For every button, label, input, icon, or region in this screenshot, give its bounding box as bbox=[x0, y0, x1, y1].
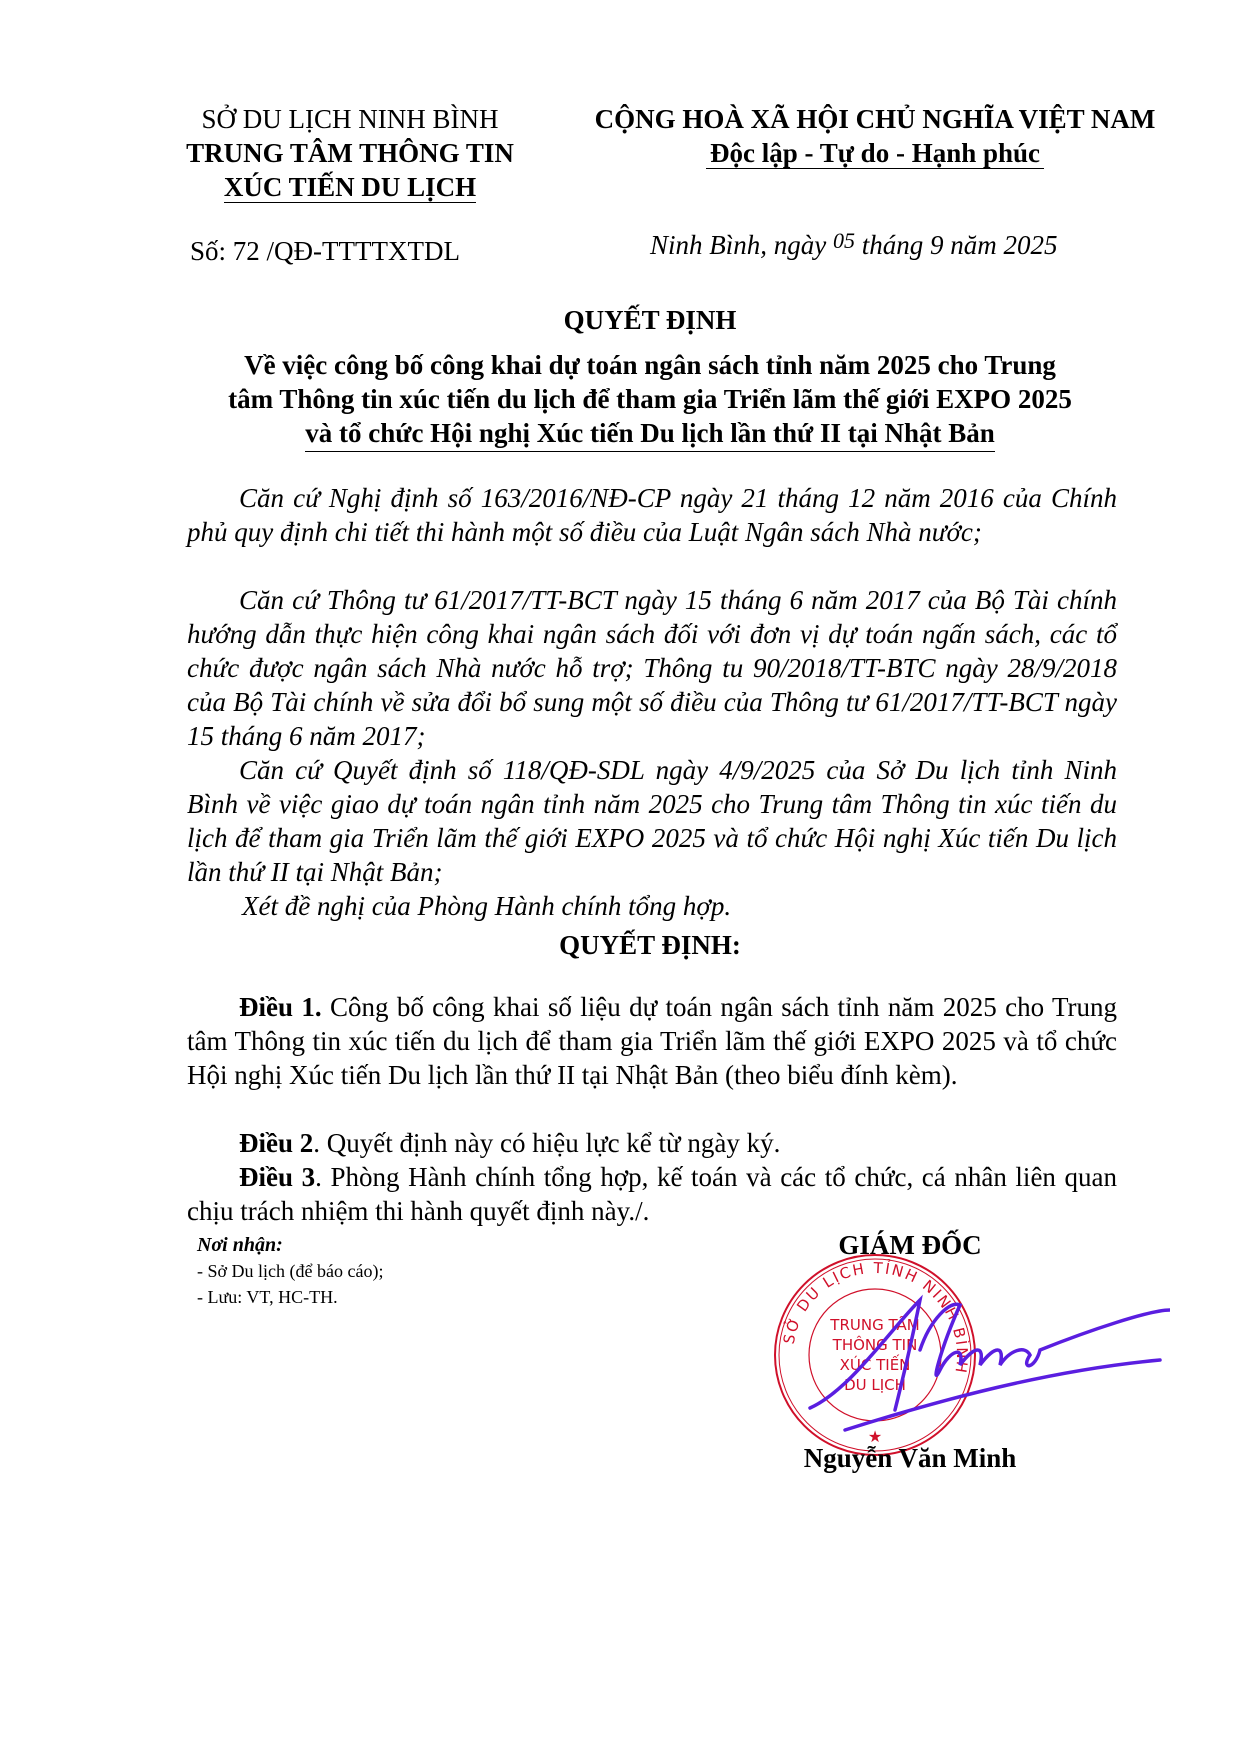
unit-name-line1: TRUNG TÂM THÔNG TIN bbox=[150, 136, 550, 170]
article-2: Điều 2. Quyết định này có hiệu lực kể từ… bbox=[187, 1126, 1117, 1160]
handwritten-signature-icon bbox=[790, 1290, 1170, 1450]
issuing-agency-header: SỞ DU LỊCH NINH BÌNH TRUNG TÂM THÔNG TIN… bbox=[150, 102, 550, 204]
article-1: Điều 1. Công bố công khai số liệu dự toá… bbox=[187, 990, 1117, 1092]
preamble-2: Căn cứ Thông tư 61/2017/TT-BCT ngày 15 t… bbox=[187, 583, 1117, 753]
signer-name: Nguyễn Văn Minh bbox=[760, 1443, 1060, 1474]
unit-name-line2: XÚC TIẾN DU LỊCH bbox=[224, 172, 476, 203]
recipient-item: - Lưu: VT, HC-TH. bbox=[197, 1284, 383, 1310]
recipients-heading: Nơi nhận: bbox=[197, 1232, 383, 1258]
national-header: CỘNG HOÀ XÃ HỘI CHỦ NGHĨA VIỆT NAM Độc l… bbox=[570, 102, 1180, 170]
document-number: Số: 72 /QĐ-TTTTXTDL bbox=[190, 236, 460, 267]
preamble-1: Căn cứ Nghị định số 163/2016/NĐ-CP ngày … bbox=[187, 481, 1117, 549]
agency-name: SỞ DU LỊCH NINH BÌNH bbox=[150, 102, 550, 136]
decision-heading: QUYẾT ĐỊNH: bbox=[200, 930, 1100, 961]
recipient-item: - Sở Du lịch (để báo cáo); bbox=[197, 1258, 383, 1284]
preamble-4: Xét đề nghị của Phòng Hành chính tổng hợ… bbox=[187, 889, 1117, 923]
national-motto: Độc lập - Tự do - Hạnh phúc bbox=[706, 138, 1044, 169]
document-subject: Về việc công bố công khai dự toán ngân s… bbox=[200, 348, 1100, 450]
nation-name: CỘNG HOÀ XÃ HỘI CHỦ NGHĨA VIỆT NAM bbox=[570, 102, 1180, 136]
preamble-3: Căn cứ Quyết định số 118/QĐ-SDL ngày 4/9… bbox=[187, 753, 1117, 889]
date-day: 05 bbox=[833, 228, 855, 253]
article-3: Điều 3. Phòng Hành chính tổng hợp, kế to… bbox=[187, 1160, 1117, 1228]
recipients-block: Nơi nhận: - Sở Du lịch (để báo cáo); - L… bbox=[197, 1232, 383, 1310]
document-title: QUYẾT ĐỊNH bbox=[200, 305, 1100, 336]
issue-date: Ninh Bình, ngày 05 tháng 9 năm 2025 bbox=[650, 228, 1058, 261]
